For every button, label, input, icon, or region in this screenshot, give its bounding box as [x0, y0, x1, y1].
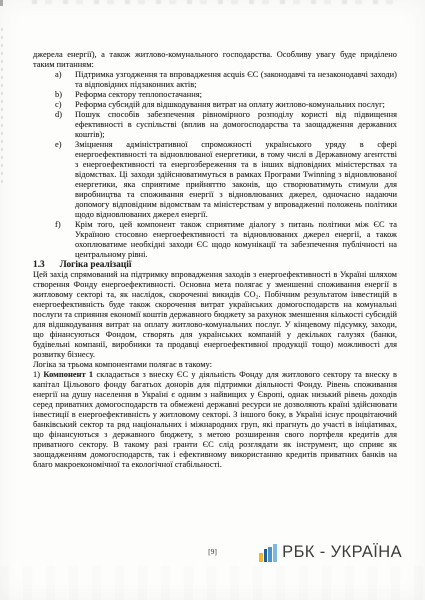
- list-item-letter: d): [55, 110, 62, 120]
- scan-artifact-top-cropped-line: [32, 0, 403, 4]
- list-item-text: Реформа субсидій для відшкодування витра…: [75, 100, 385, 109]
- intro-paragraph: джерела енергії), а також житлово-комуна…: [33, 50, 397, 70]
- logo-wordmark: РБК - УКРАЇНА: [282, 543, 402, 562]
- list-item-letter: f): [55, 220, 61, 230]
- lettered-list: a) Підтримка узгодження та впровадження …: [33, 70, 397, 260]
- paragraph-implementation-logic: Цей захід спрямований на підтримку впров…: [33, 270, 397, 360]
- logo-bar-light-blue: [273, 544, 277, 562]
- logo-bar-yellow: [259, 553, 263, 562]
- list-item-letter: a): [55, 70, 62, 80]
- scan-artifact-left-edge: [1, 28, 3, 183]
- section-number: 1.3: [33, 260, 45, 270]
- logo-bar-mid-blue: [268, 547, 272, 562]
- list-item-letter: b): [55, 90, 62, 100]
- scan-artifact-bleed-through: [0, 566, 425, 600]
- section-heading: 1.3Логіка реалізації: [33, 260, 397, 270]
- list-item-a: a) Підтримка узгодження та впровадження …: [33, 70, 397, 90]
- list-item-text: Зміцнення адміністративної спроможності …: [75, 140, 397, 219]
- list-item-text: Пошук способів забезпечення рівномірного…: [75, 110, 397, 139]
- component-1-label: Компонент 1: [43, 370, 93, 379]
- rbc-ukraine-logo: РБК - УКРАЇНА: [259, 543, 402, 562]
- list-item-text: Реформа сектору теплопостачання;: [75, 90, 202, 99]
- logo-bar-dark-blue: [264, 549, 268, 562]
- component-1-number: 1): [33, 370, 43, 379]
- list-item-c: c) Реформа субсидій для відшкодування ви…: [33, 100, 397, 110]
- paragraph-components-lead: Логіка за трьома компонентами полягає в …: [33, 360, 397, 370]
- list-item-letter: c): [55, 100, 62, 110]
- list-item-text: Крім того, цей компонент також сприятиме…: [75, 220, 397, 259]
- list-item-text: Підтримка узгодження та впровадження acq…: [75, 70, 397, 89]
- component-1-text: складається з внеску ЄС у діяльність Фон…: [33, 370, 397, 469]
- document-body: джерела енергії), а також житлово-комуна…: [33, 50, 397, 470]
- list-item-e: e) Зміцнення адміністративної спроможнос…: [33, 140, 397, 220]
- list-item-f: f) Крім того, цей компонент також сприят…: [33, 220, 397, 260]
- list-item-letter: e): [55, 140, 62, 150]
- paragraph-component-1: 1) Компонент 1 складається з внеску ЄС у…: [33, 370, 397, 470]
- list-item-d: d) Пошук способів забезпечення рівномірн…: [33, 110, 397, 140]
- list-item-b: b) Реформа сектору теплопостачання;: [33, 90, 397, 100]
- section-title: Логіка реалізації: [60, 260, 132, 270]
- document-page: джерела енергії), а також житлово-комуна…: [0, 0, 425, 600]
- scan-artifact-corner-mark: [0, 0, 3, 6]
- bar-chart-icon: [259, 544, 277, 562]
